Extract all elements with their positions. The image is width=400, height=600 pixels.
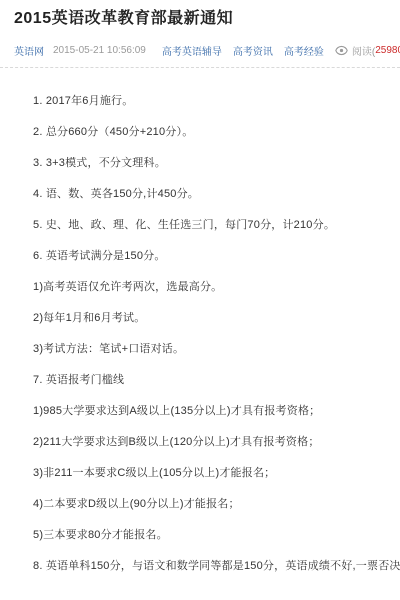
article-paragraph: 2. 总分660分（450分+210分）。 <box>33 126 378 138</box>
article-paragraph: 2)每年1月和6月考试。 <box>33 312 378 324</box>
article-paragraph: 6. 英语考试满分是150分。 <box>33 250 378 262</box>
source-link[interactable]: 英语网 <box>14 43 44 58</box>
eye-icon <box>335 45 348 56</box>
tag-link[interactable]: 高考英语辅导 <box>162 43 222 58</box>
article-paragraph: 3)考试方法：笔试+口语对话。 <box>33 343 378 355</box>
article-paragraph: 3. 3+3模式，不分文理科。 <box>33 157 378 169</box>
publish-time: 2015-05-21 10:56:09 <box>53 45 146 56</box>
article-header: 2015英语改革教育部最新通知 <box>0 0 400 30</box>
article-paragraph: 2)211大学要求达到B级以上(120分以上)才具有报考资格； <box>33 436 378 448</box>
article-paragraph: 1. 2017年6月施行。 <box>33 95 378 107</box>
article-page: 2015英语改革教育部最新通知 英语网 2015-05-21 10:56:09 … <box>0 0 400 600</box>
article-paragraph: 4. 语、数、英各150分,计450分。 <box>33 188 378 200</box>
article-paragraph: 8. 英语单科150分，与语文和数学同等都是150分，英语成绩不好,一票否决报考… <box>33 560 378 572</box>
tag-link[interactable]: 高考资讯 <box>233 43 273 58</box>
page-title: 2015英语改革教育部最新通知 <box>14 8 386 30</box>
article-paragraph: 3)非211一本要求C级以上(105分以上)才能报名； <box>33 467 378 479</box>
article-paragraph: 7. 英语报考门槛线 <box>33 374 378 386</box>
views-count: 25980 <box>375 45 400 56</box>
article-paragraph: 1)985大学要求达到A级以上(135分以上)才具有报考资格； <box>33 405 378 417</box>
tag-link[interactable]: 高考经验 <box>284 43 324 58</box>
article-paragraph: 5)三本要求80分才能报名。 <box>33 529 378 541</box>
views-label-prefix: 阅读( <box>352 43 375 58</box>
tag-links: 高考英语辅导高考资讯高考经验 <box>162 43 335 58</box>
article-body: 1. 2017年6月施行。2. 总分660分（450分+210分）。3. 3+3… <box>0 68 400 572</box>
meta-bar: 英语网 2015-05-21 10:56:09 高考英语辅导高考资讯高考经验 阅… <box>14 43 386 58</box>
article-paragraph: 1)高考英语仅允许考两次，选最高分。 <box>33 281 378 293</box>
article-paragraph: 5. 史、地、政、理、化、生任选三门，每门70分，计210分。 <box>33 219 378 231</box>
article-paragraph: 4)二本要求D级以上(90分以上)才能报名； <box>33 498 378 510</box>
views-stat: 阅读(25980) <box>335 43 400 58</box>
